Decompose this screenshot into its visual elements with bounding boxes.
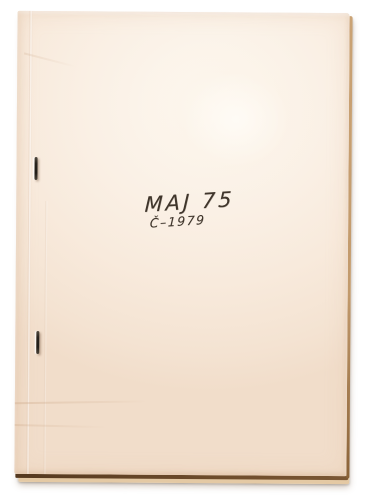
paper-light-stain bbox=[140, 34, 331, 205]
staple-top-icon bbox=[34, 157, 37, 180]
paper-crease bbox=[24, 52, 77, 67]
paper-crease bbox=[15, 400, 147, 404]
paper-crease bbox=[43, 201, 47, 474]
cover-title-block: MAJ 75 Č–1979 bbox=[144, 187, 236, 231]
photo-backdrop: MAJ 75 Č–1979 bbox=[0, 0, 368, 498]
spine-crease bbox=[26, 11, 32, 474]
staple-bottom-icon bbox=[36, 331, 39, 354]
paper-crease bbox=[15, 424, 107, 428]
booklet-cover: MAJ 75 Č–1979 bbox=[14, 11, 349, 476]
booklet: MAJ 75 Č–1979 bbox=[14, 11, 349, 476]
